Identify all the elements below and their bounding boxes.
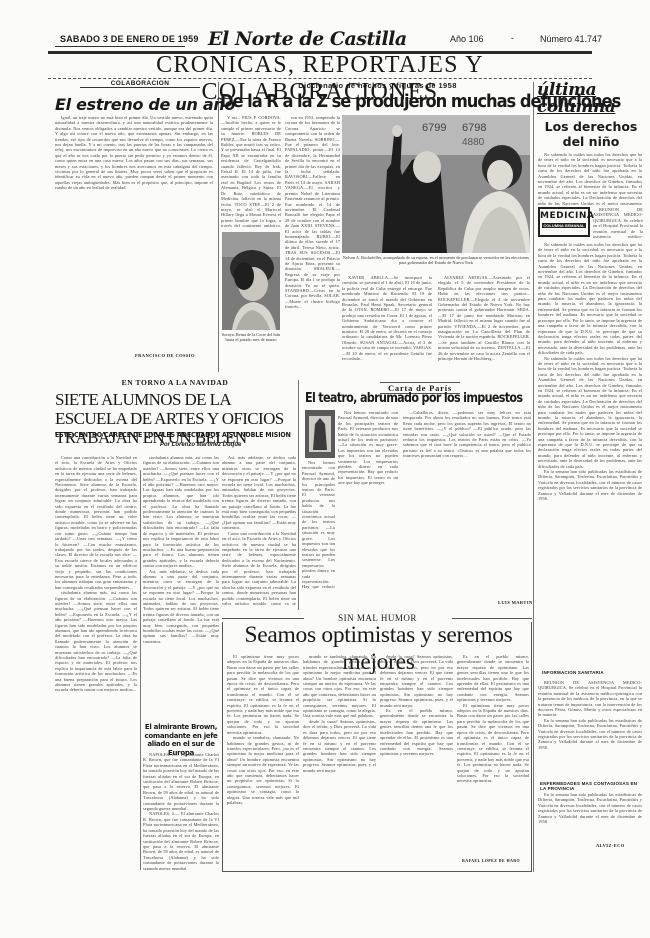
column-rule <box>140 470 141 870</box>
article-byline: Por Lorenzo Martínez Duque <box>160 442 241 448</box>
article-body-column: ALVAREZ ARTIGAS.—Asesinado por el elegid… <box>438 275 530 373</box>
photo-paris-theatre <box>305 410 335 458</box>
article-subhead: INFORMACION SANITARIA <box>542 670 642 675</box>
article-headline: El teatro, abrumado por los impuestos <box>305 391 501 406</box>
article-signature: LUIS MARTIN <box>498 600 533 605</box>
article-body: En la semana han sido publicadas las est… <box>538 792 642 842</box>
article-body-column: Nos hemos encontrado con Pascual Aymond,… <box>302 460 335 590</box>
column-rule <box>218 82 219 372</box>
article-body-column: XAVIER ABELLA.—Se incorporó la cuestión,… <box>342 275 432 373</box>
article-subheadline: ESTE CENTRO CARECE DE LOCALES ADECUADOS … <box>55 431 276 439</box>
article-headline: De la R a la Z se produjeron muchas defu… <box>220 92 510 112</box>
article-signature: FRANCISCO DE COSSIO <box>135 353 195 358</box>
article-body-column: desde la cuna? Seamos optimistas, dice e… <box>380 654 453 866</box>
article-body-column: ron en 1953, rompiendo la corona de los … <box>285 115 340 373</box>
badge-title: MEDICINA <box>540 211 588 221</box>
section-title-rule <box>48 78 592 79</box>
article-body-column: ciudadanía alumna más, así como las figu… <box>143 455 219 720</box>
svg-text:6798: 6798 <box>462 122 486 134</box>
svg-text:6799: 6799 <box>422 122 446 134</box>
article-subhead: ENFERMEDADES MAS CONTAGIOSAS EN LA PROVI… <box>540 781 642 791</box>
photo-rockefeller: 6799 6798 4880 <box>342 115 530 253</box>
badge-subtitle: COLUMNA SEMANAL <box>542 223 586 228</box>
article-body: Igual, un traje nuevo no está bien el pr… <box>55 115 213 351</box>
article-body-column: El optimismo tiene muy pocos adeptos en … <box>227 654 299 866</box>
column-rule <box>533 82 534 872</box>
article-body-column: Así, más adelante, se dedica cada alumno… <box>222 455 296 605</box>
article-kicker: COLABORACION <box>80 80 200 88</box>
photo-soraya <box>222 232 280 330</box>
svg-text:4880: 4880 <box>462 137 485 148</box>
article-body-column: Nos hemos encontrado con Pascual Aymond,… <box>338 410 398 590</box>
medicina-badge: MEDICINA COLUMNA SEMANAL <box>538 207 590 237</box>
article-body-column: mundo se tambalea, clamando. No hablamos… <box>303 654 376 866</box>
photo-caption: Nelson A. Rockefeller, acompañado de su … <box>342 255 530 265</box>
article-body-wrap: REUNION DE ASISTENCIA MEDICO-QUIRURGICA.… <box>593 207 643 240</box>
masthead-year: Año 106 <box>450 34 484 44</box>
photo-caption: Soraya, Reina de la Corte del Irán hasta… <box>220 332 282 342</box>
theatre-photo-image <box>305 410 335 458</box>
article-body-column: Es en el pueblo mismo, generalmente dond… <box>457 654 529 854</box>
article-signature: ALVIZ-ECO <box>596 843 625 848</box>
masthead-date: SABADO 3 DE ENERO DE 1959 <box>60 34 199 44</box>
article-headline: Los derechos del niño <box>537 119 645 149</box>
masthead-separator: - <box>511 33 514 43</box>
article-body: NAPOLES, 2.— El almirante Charles R. Bro… <box>143 752 219 870</box>
article-headline: El estreno de un año <box>55 95 235 114</box>
article-body-continued: No sabiendo lo cuáles son todos los dere… <box>538 242 642 670</box>
newspaper-logo: El Norte de Castilla <box>208 28 407 50</box>
article-body-column: —Caballeros, dicen, —podemos ser muy fel… <box>403 410 531 600</box>
election-photo-image: 6799 6798 4880 <box>342 115 530 253</box>
article-body: No sabiendo lo cuáles son todos los dere… <box>538 152 642 205</box>
column-title: última columna <box>537 82 645 116</box>
article-kicker: Diccionario de hechos y figuras de 1958 <box>225 81 530 90</box>
article-body-column: Y así... PIUS P. CORDOVA.—Insólito hecho… <box>221 115 281 227</box>
portrait-image <box>222 232 280 330</box>
masthead-date-rule <box>55 46 185 47</box>
article-kicker: EN TORNO A LA NAVIDAD <box>55 378 295 387</box>
masthead-issue-number: Número 41.747 <box>540 34 602 44</box>
article-body-column: Como una contribución a la Navidad en el… <box>55 455 137 870</box>
column-rule <box>298 380 299 610</box>
article-signature: RAFAEL LOPEZ DE HARO <box>462 858 520 863</box>
article-body: REUNION DE ASISTENCIA MEDICO-QUIRURGICA.… <box>538 680 642 780</box>
